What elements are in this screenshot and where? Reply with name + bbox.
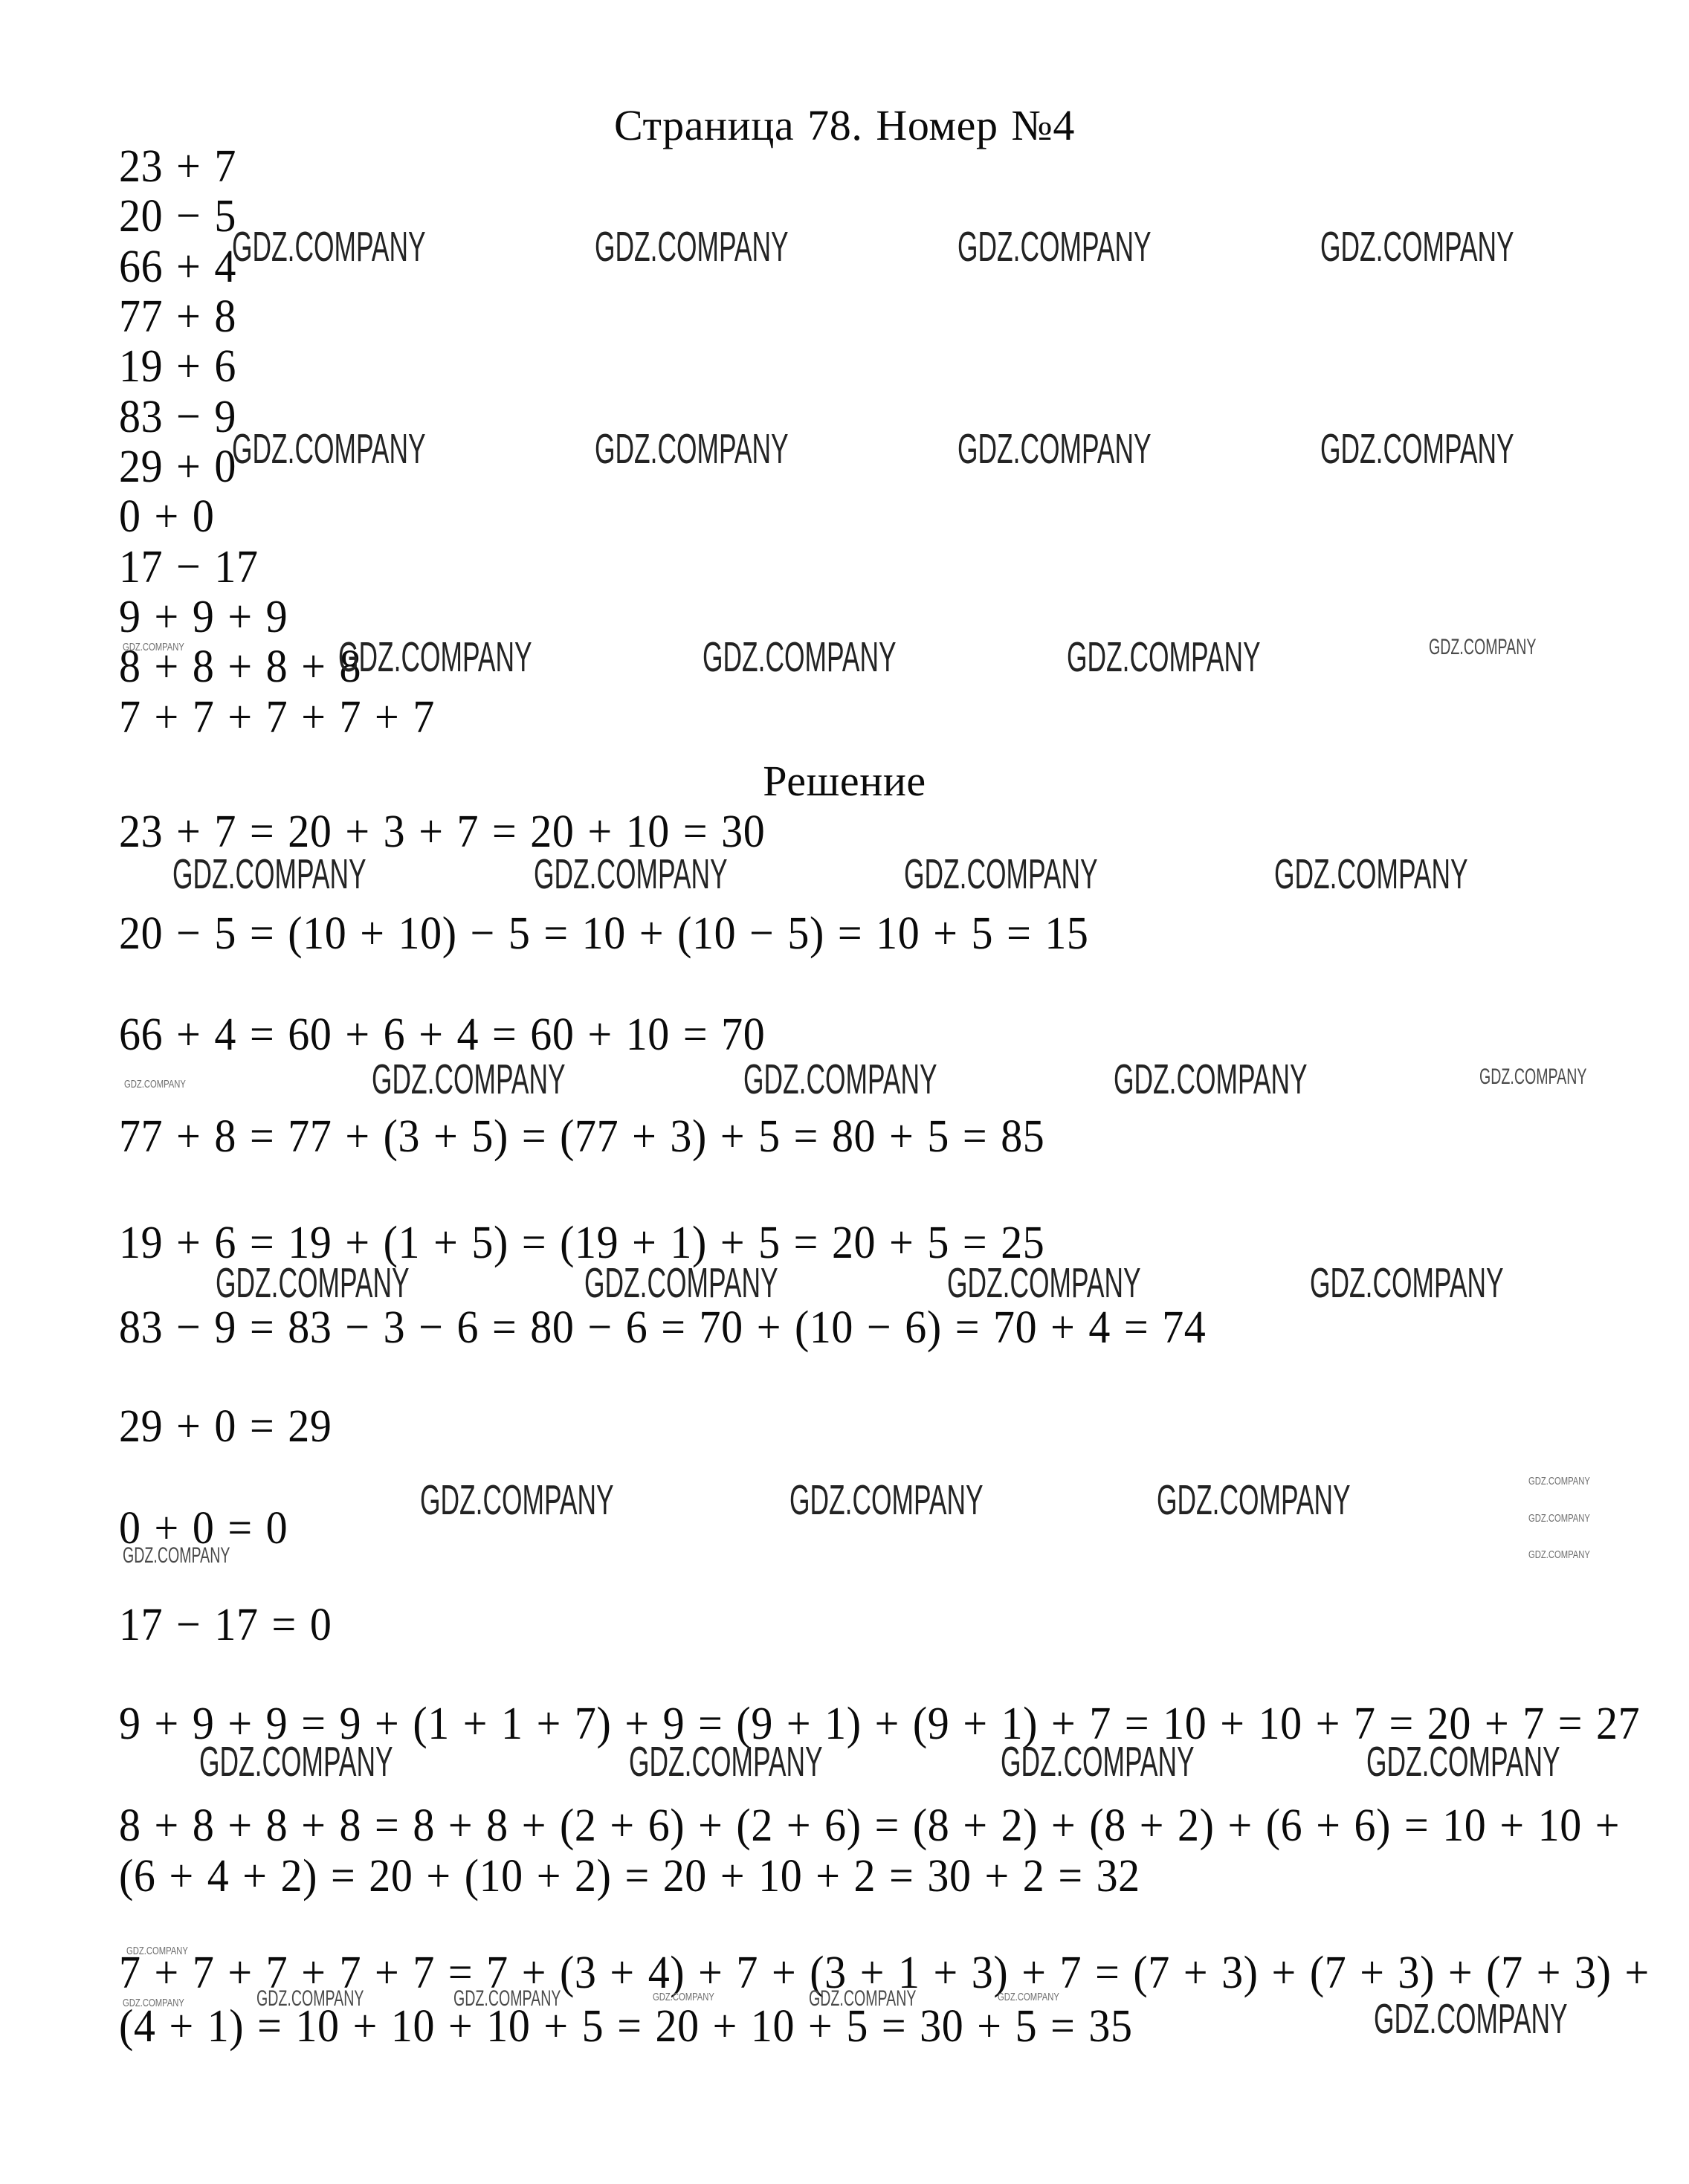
- worksheet-page: Страница 78. Номер №4 Решение 23 + 720 −…: [0, 0, 1689, 2184]
- watermark-text: GDZ.COMPANY: [124, 1078, 186, 1091]
- solution-line: 20 − 5 = (10 + 10) − 5 = 10 + (10 − 5) =…: [119, 907, 1089, 960]
- watermark-text: GDZ.COMPANY: [947, 1259, 1141, 1308]
- solution-line: 8 + 8 + 8 + 8 = 8 + 8 + (2 + 6) + (2 + 6…: [119, 1799, 1620, 1852]
- watermark-text: GDZ.COMPANY: [232, 223, 426, 271]
- watermark-text: GDZ.COMPANY: [1429, 635, 1536, 660]
- watermark-text: GDZ.COMPANY: [232, 425, 426, 474]
- watermark-text: GDZ.COMPANY: [957, 223, 1152, 271]
- watermark-text: GDZ.COMPANY: [123, 1543, 230, 1568]
- problem-line: 66 + 4: [119, 240, 236, 294]
- solution-line: 29 + 0 = 29: [119, 1400, 332, 1453]
- watermark-text: GDZ.COMPANY: [1310, 1259, 1504, 1308]
- watermark-text: GDZ.COMPANY: [1479, 1064, 1586, 1090]
- watermark-text: GDZ.COMPANY: [1157, 1476, 1351, 1525]
- watermark-text: GDZ.COMPANY: [420, 1476, 614, 1525]
- watermark-text: GDZ.COMPANY: [172, 850, 366, 899]
- solution-line: 66 + 4 = 60 + 6 + 4 = 60 + 10 = 70: [119, 1008, 765, 1062]
- problem-line: 9 + 9 + 9: [119, 590, 288, 644]
- watermark-text: GDZ.COMPANY: [629, 1738, 823, 1786]
- solution-heading: Решение: [0, 757, 1689, 807]
- watermark-text: GDZ.COMPANY: [743, 1056, 937, 1104]
- watermark-text: GDZ.COMPANY: [1114, 1056, 1308, 1104]
- watermark-text: GDZ.COMPANY: [584, 1259, 778, 1308]
- watermark-text: GDZ.COMPANY: [453, 1986, 561, 2012]
- solution-line: (6 + 4 + 2) = 20 + (10 + 2) = 20 + 10 + …: [119, 1849, 1140, 1903]
- watermark-text: GDZ.COMPANY: [789, 1476, 984, 1525]
- watermark-text: GDZ.COMPANY: [595, 223, 789, 271]
- problem-line: 77 + 8: [119, 290, 236, 343]
- problem-line: 0 + 0: [119, 490, 214, 543]
- problem-line: 17 − 17: [119, 540, 259, 594]
- watermark-text: GDZ.COMPANY: [653, 1991, 714, 2003]
- watermark-text: GDZ.COMPANY: [372, 1056, 566, 1104]
- problem-line: 19 + 6: [119, 340, 236, 393]
- watermark-text: GDZ.COMPANY: [256, 1986, 364, 2012]
- watermark-text: GDZ.COMPANY: [534, 850, 728, 899]
- solution-line: 77 + 8 = 77 + (3 + 5) = (77 + 3) + 5 = 8…: [119, 1110, 1044, 1163]
- watermark-text: GDZ.COMPANY: [216, 1259, 410, 1308]
- watermark-text: GDZ.COMPANY: [904, 850, 1098, 899]
- problem-line: 83 − 9: [119, 390, 236, 444]
- watermark-text: GDZ.COMPANY: [1274, 850, 1468, 899]
- problem-line: 29 + 0: [119, 440, 236, 494]
- watermark-text: GDZ.COMPANY: [1528, 1512, 1590, 1525]
- watermark-text: GDZ.COMPANY: [338, 633, 532, 682]
- watermark-text: GDZ.COMPANY: [1001, 1738, 1195, 1786]
- watermark-text: GDZ.COMPANY: [199, 1738, 393, 1786]
- problem-line: 23 + 7: [119, 140, 236, 193]
- watermark-text: GDZ.COMPANY: [809, 1986, 916, 2012]
- problem-line: 20 − 5: [119, 190, 236, 243]
- watermark-text: GDZ.COMPANY: [1320, 425, 1514, 474]
- watermark-text: GDZ.COMPANY: [957, 425, 1152, 474]
- watermark-text: GDZ.COMPANY: [595, 425, 789, 474]
- solution-line: 17 − 17 = 0: [119, 1598, 332, 1652]
- watermark-text: GDZ.COMPANY: [1374, 1995, 1568, 2044]
- problem-line: 7 + 7 + 7 + 7 + 7: [119, 691, 435, 744]
- watermark-text: GDZ.COMPANY: [1320, 223, 1514, 271]
- watermark-text: GDZ.COMPANY: [1067, 633, 1261, 682]
- page-title: Страница 78. Номер №4: [0, 101, 1689, 151]
- watermark-text: GDZ.COMPANY: [1528, 1548, 1590, 1561]
- watermark-text: GDZ.COMPANY: [123, 1997, 184, 2009]
- watermark-text: GDZ.COMPANY: [123, 641, 184, 653]
- watermark-text: GDZ.COMPANY: [1528, 1475, 1590, 1487]
- watermark-text: GDZ.COMPANY: [126, 1945, 188, 1957]
- solution-line: 83 − 9 = 83 − 3 − 6 = 80 − 6 = 70 + (10 …: [119, 1301, 1206, 1354]
- watermark-text: GDZ.COMPANY: [1366, 1738, 1560, 1786]
- watermark-text: GDZ.COMPANY: [703, 633, 897, 682]
- watermark-text: GDZ.COMPANY: [998, 1991, 1059, 2003]
